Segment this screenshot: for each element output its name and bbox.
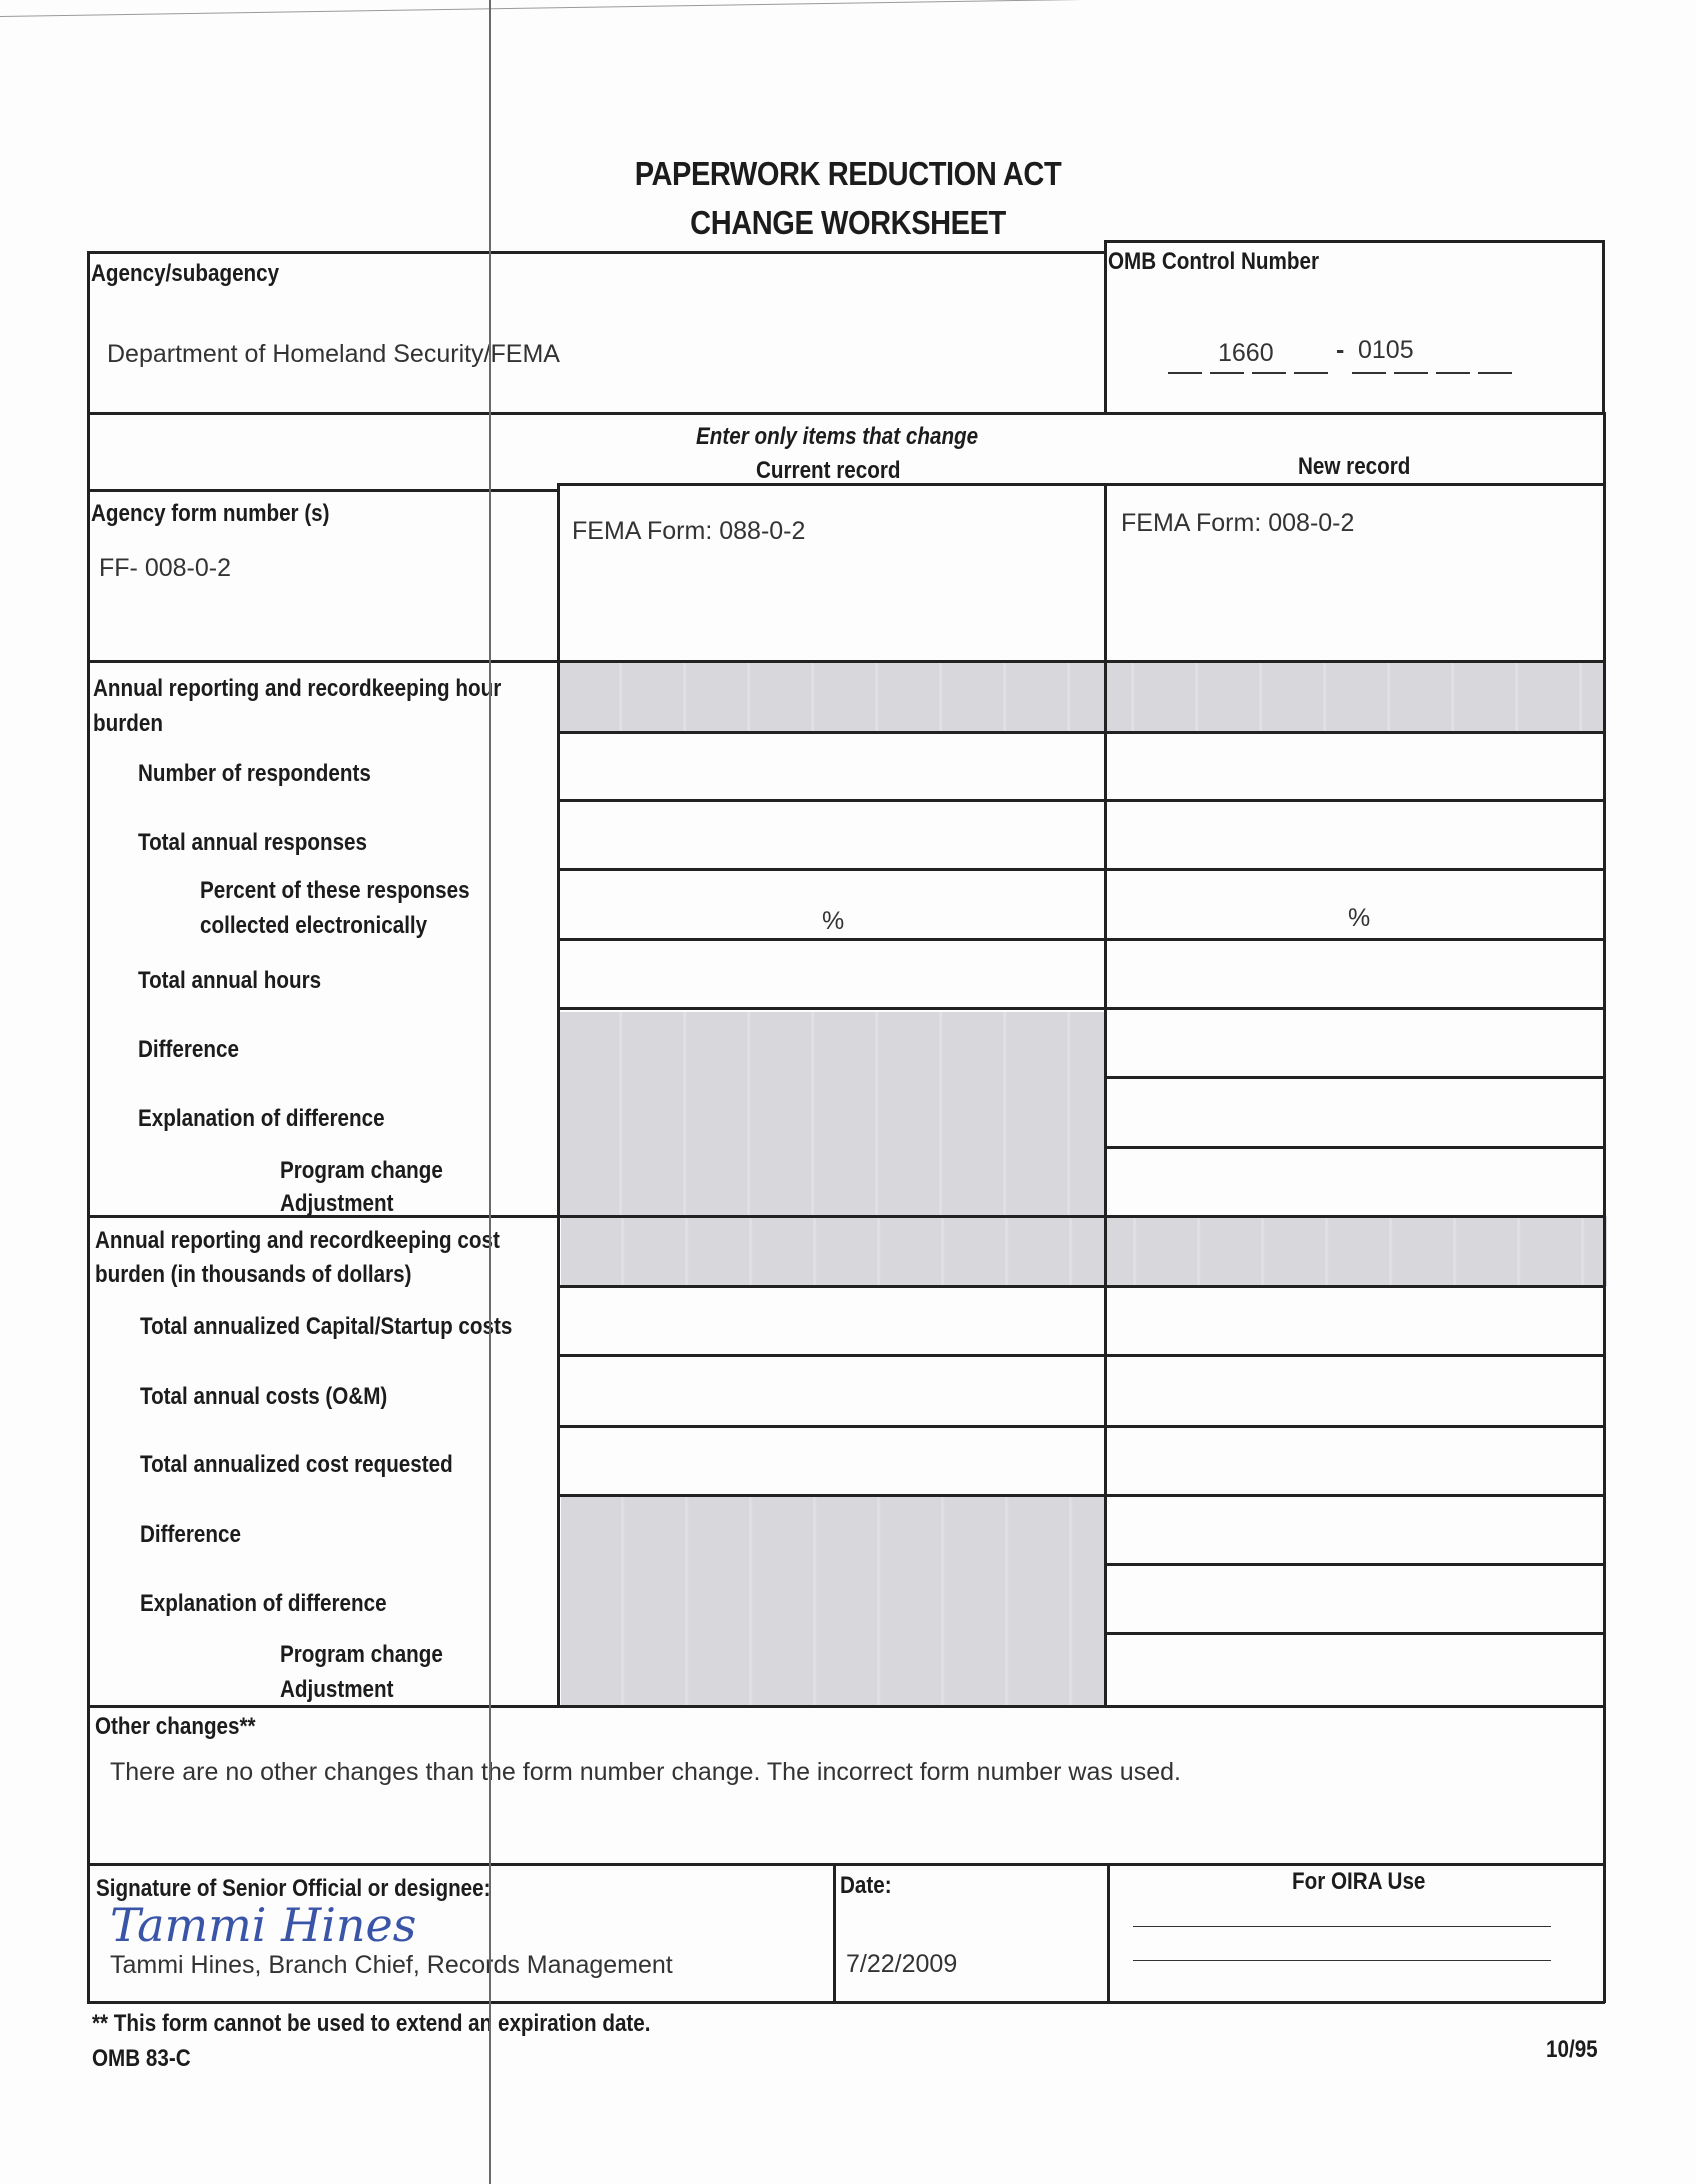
percent-electronic-label-line2: collected electronically [200,912,427,940]
omb-digit-underline [1168,372,1202,374]
agency-form-label: Agency form number (s) [91,500,330,528]
rule [87,2001,1605,2004]
rule [557,1494,1605,1497]
new-form-value[interactable]: FEMA Form: 008-0-2 [1121,509,1354,538]
cost-explanation-label: Explanation of difference [140,1590,387,1618]
new-record-header: New record [1298,453,1410,481]
rule [557,483,560,1705]
form-revision: 10/95 [1546,2036,1598,2064]
agency-label: Agency/subagency [91,260,279,288]
cost-burden-shaded-header [561,1216,1607,1286]
rule [557,938,1605,941]
capital-startup-costs-label: Total annualized Capital/Startup costs [140,1313,512,1341]
cost-program-change-label: Program change [280,1641,443,1669]
rule [557,1285,1605,1288]
omb-digit-underline [1478,372,1512,374]
omb-separator: - [1336,336,1344,365]
hour-burden-shaded-header [559,662,1605,732]
omb-digit-underline [1436,372,1470,374]
cost-burden-heading-line1: Annual reporting and recordkeeping cost [95,1227,500,1255]
hour-difference-label: Difference [138,1036,239,1064]
percent-electronic-label-line1: Percent of these responses [200,877,470,905]
enter-only-note: Enter only items that change [696,423,978,451]
rule [87,251,90,2003]
rule [87,1863,1605,1866]
cost-adjustment-label: Adjustment [280,1676,394,1704]
current-record-header: Current record [756,457,901,485]
oira-use-label: For OIRA Use [1292,1868,1425,1896]
rule [87,1705,1605,1708]
rule [1104,1632,1605,1635]
omb-prefix-value[interactable]: 1660 [1218,339,1274,368]
total-annual-hours-label: Total annual hours [138,967,321,995]
omb-digit-underline [1210,372,1244,374]
agency-form-value[interactable]: FF- 008-0-2 [99,554,231,583]
omb-suffix-value[interactable]: 0105 [1358,336,1414,365]
new-percent-field[interactable]: % [1348,904,1370,933]
cost-difference-label: Difference [140,1521,241,1549]
omb-control-label: OMB Control Number [1108,248,1319,276]
current-form-value[interactable]: FEMA Form: 088-0-2 [572,517,805,546]
omb-digit-underline [1394,372,1428,374]
signer-name-title: Tammi Hines, Branch Chief, Records Manag… [110,1951,673,1980]
total-annual-responses-label: Total annual responses [138,829,367,857]
omb-digit-underline [1352,372,1386,374]
rule [557,483,1605,486]
rule [1107,1863,1110,2003]
hour-burden-heading-line1: Annual reporting and recordkeeping hour [93,675,501,703]
scan-artifact-line [0,0,1100,17]
annual-costs-om-label: Total annual costs (O&M) [140,1383,387,1411]
hour-burden-heading-line2: burden [93,710,163,738]
rule [557,731,1605,734]
rule [1602,240,1605,414]
rule [557,1354,1605,1357]
agency-value[interactable]: Department of Homeland Security/FEMA [107,340,560,369]
date-label: Date: [840,1872,892,1900]
handwritten-signature: Tammi Hines [110,1898,416,1952]
oira-line [1133,1926,1551,1927]
rule [87,412,1605,415]
form-id: OMB 83-C [92,2045,191,2073]
cost-burden-current-shaded [561,1497,1107,1705]
rule [1104,240,1107,414]
rule [557,1007,1605,1010]
oira-line [1133,1960,1551,1961]
rule [1104,1076,1605,1079]
other-changes-text[interactable]: There are no other changes than the form… [110,1758,1181,1787]
hour-explanation-label: Explanation of difference [138,1105,385,1133]
scan-artifact-line [489,0,491,2184]
rule [557,1425,1605,1428]
form-title-line2: CHANGE WORKSHEET [102,204,1594,242]
annualized-cost-requested-label: Total annualized cost requested [140,1451,453,1479]
footer-note: ** This form cannot be used to extend an… [92,2010,651,2038]
rule [1104,483,1107,1705]
hour-program-change-label: Program change [280,1157,443,1185]
form-title-line1: PAPERWORK REDUCTION ACT [102,155,1594,193]
rule [557,868,1605,871]
omb-digit-underline [1252,372,1286,374]
rule [87,251,1107,254]
rule [87,660,1605,663]
rule [1603,412,1606,2003]
omb-digit-underline [1294,372,1328,374]
number-of-respondents-label: Number of respondents [138,760,371,788]
rule [833,1863,836,2003]
rule [1104,1146,1605,1149]
rule [1104,240,1604,243]
hour-burden-current-shaded [559,1012,1105,1218]
hour-adjustment-label: Adjustment [280,1190,394,1218]
rule [1104,1563,1605,1566]
current-percent-field[interactable]: % [822,907,844,936]
other-changes-label: Other changes** [95,1713,256,1741]
date-value[interactable]: 7/22/2009 [846,1950,957,1979]
cost-burden-heading-line2: burden (in thousands of dollars) [95,1261,411,1289]
rule [557,799,1605,802]
